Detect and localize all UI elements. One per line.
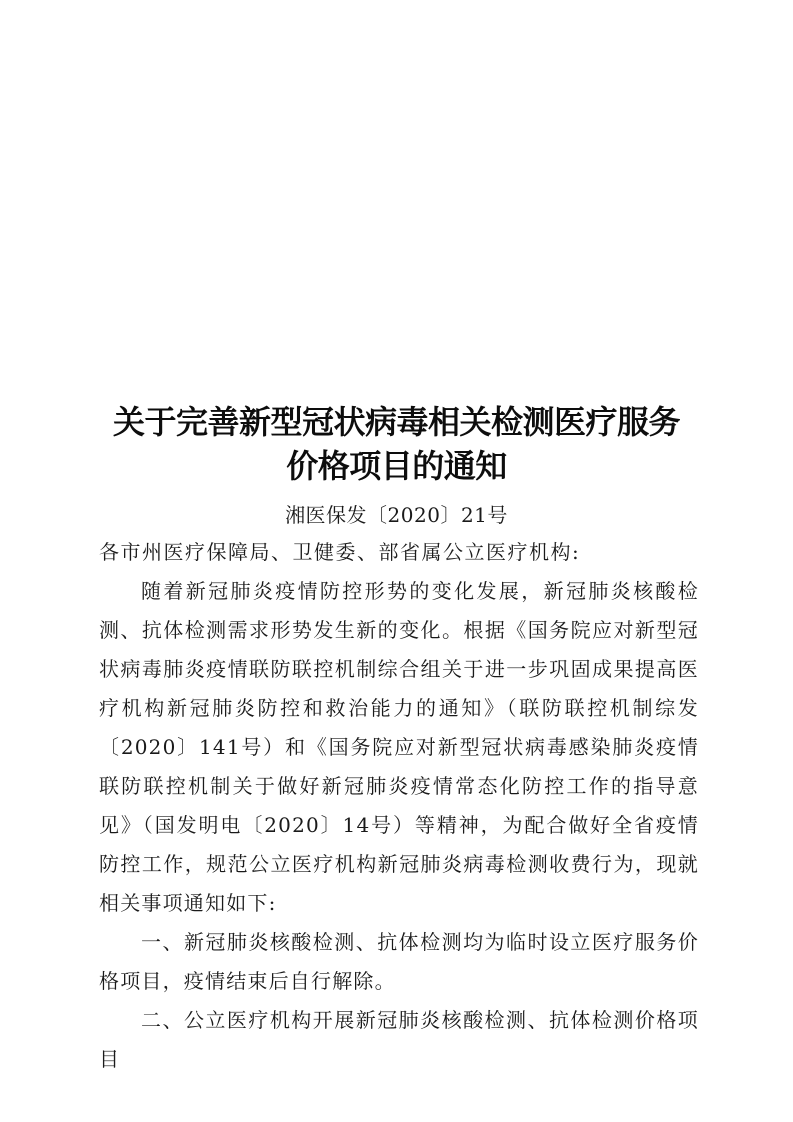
- paragraph-item-1: 一、新冠肺炎核酸检测、抗体检测均为临时设立医疗服务价格项目，疫情结束后自行解除。: [99, 923, 699, 1001]
- document-number: 湘医保发〔2020〕21号: [0, 501, 793, 529]
- document-title-line-1: 关于完善新型冠状病毒相关检测医疗服务: [0, 402, 793, 442]
- paragraph-item-2: 二、公立医疗机构开展新冠肺炎核酸检测、抗体检测价格项目: [99, 1001, 699, 1079]
- paragraph-intro: 随着新冠肺炎疫情防控形势的变化发展，新冠肺炎核酸检测、抗体检测需求形势发生新的变…: [99, 572, 699, 923]
- document-body: 各市州医疗保障局、卫健委、部省属公立医疗机构: 随着新冠肺炎疫情防控形势的变化发…: [99, 533, 699, 1079]
- document-title-line-2: 价格项目的通知: [0, 446, 793, 486]
- salutation: 各市州医疗保障局、卫健委、部省属公立医疗机构:: [99, 533, 699, 572]
- document-page: 关于完善新型冠状病毒相关检测医疗服务 价格项目的通知 湘医保发〔2020〕21号…: [0, 0, 793, 1122]
